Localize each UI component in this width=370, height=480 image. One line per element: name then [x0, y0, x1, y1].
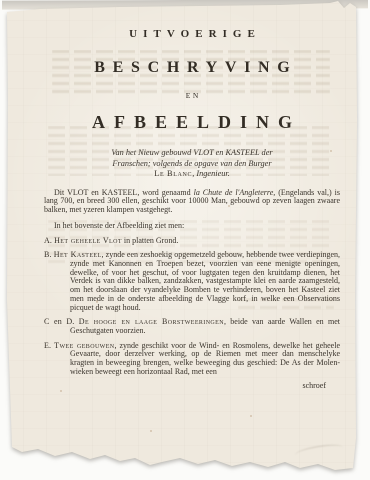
list-intro: In het bovenste der Afbeelding ziet men:	[44, 222, 340, 231]
subtitle-line-1: Van het Nieuw gebouwd VLOT en KASTEEL de…	[111, 148, 272, 157]
scan-stage: UITVOERIGE BESCHRYVING EN AFBEELDING Van…	[0, 0, 370, 480]
subtitle-line-2: Franschen; volgends de opgave van den Bu…	[112, 159, 271, 168]
item-label: C en D.	[44, 317, 74, 326]
item-lead: De hooge en laage Borstweeringen	[79, 317, 224, 326]
legend-items: A. Het geheele Vlot in platten Grond. B.…	[44, 237, 340, 377]
author-name: Le Blanc	[154, 169, 192, 178]
item-lead: Twee gebouwen	[54, 341, 114, 350]
author-suffix: , Ingenieur.	[192, 169, 230, 178]
legend-item-E: E. Twee gebouwen, zynde geschikt voor de…	[44, 342, 340, 377]
paper-sheet-wrap: UITVOERIGE BESCHRYVING EN AFBEELDING Van…	[0, 0, 370, 480]
legend-item-C-D: C en D. De hooge en laage Borstweeringen…	[44, 318, 340, 335]
foxing-spot	[150, 430, 152, 432]
paper-sheet: UITVOERIGE BESCHRYVING EN AFBEELDING Van…	[0, 0, 370, 480]
item-lead: Het geheele Vlot	[54, 236, 122, 245]
pencil-inscription	[295, 442, 344, 459]
item-text: , zynde een zeshoekig opgemetzeld gebouw…	[70, 250, 340, 311]
heading-line-1: UITVOERIGE	[44, 28, 340, 40]
intro-french-title: la Chute de l'Angleterre,	[194, 188, 276, 197]
catchword: schroef	[44, 381, 340, 390]
subtitle: Van het Nieuw gebouwd VLOT en KASTEEL de…	[44, 148, 340, 180]
item-label: A.	[44, 236, 52, 245]
intro-paragraph: Dit VLOT en KASTEEL, word genaamd la Chu…	[44, 189, 340, 215]
intro-pre: Dit VLOT en KASTEEL, word genaamd	[54, 188, 194, 197]
item-label: B.	[44, 250, 52, 259]
heading-line-2: BESCHRYVING	[44, 59, 340, 77]
item-text: in platten Grond.	[122, 236, 178, 245]
heading-conjunction: EN	[44, 91, 340, 100]
heading-line-3: AFBEELDING	[44, 112, 340, 133]
legend-item-B: B. Het Kasteel, zynde een zeshoekig opge…	[44, 251, 340, 312]
printed-content: UITVOERIGE BESCHRYVING EN AFBEELDING Van…	[44, 28, 340, 390]
item-lead: Het Kasteel	[54, 250, 102, 259]
foxing-spot	[250, 415, 252, 417]
legend-item-A: A. Het geheele Vlot in platten Grond.	[44, 237, 340, 246]
item-label: E.	[44, 341, 51, 350]
